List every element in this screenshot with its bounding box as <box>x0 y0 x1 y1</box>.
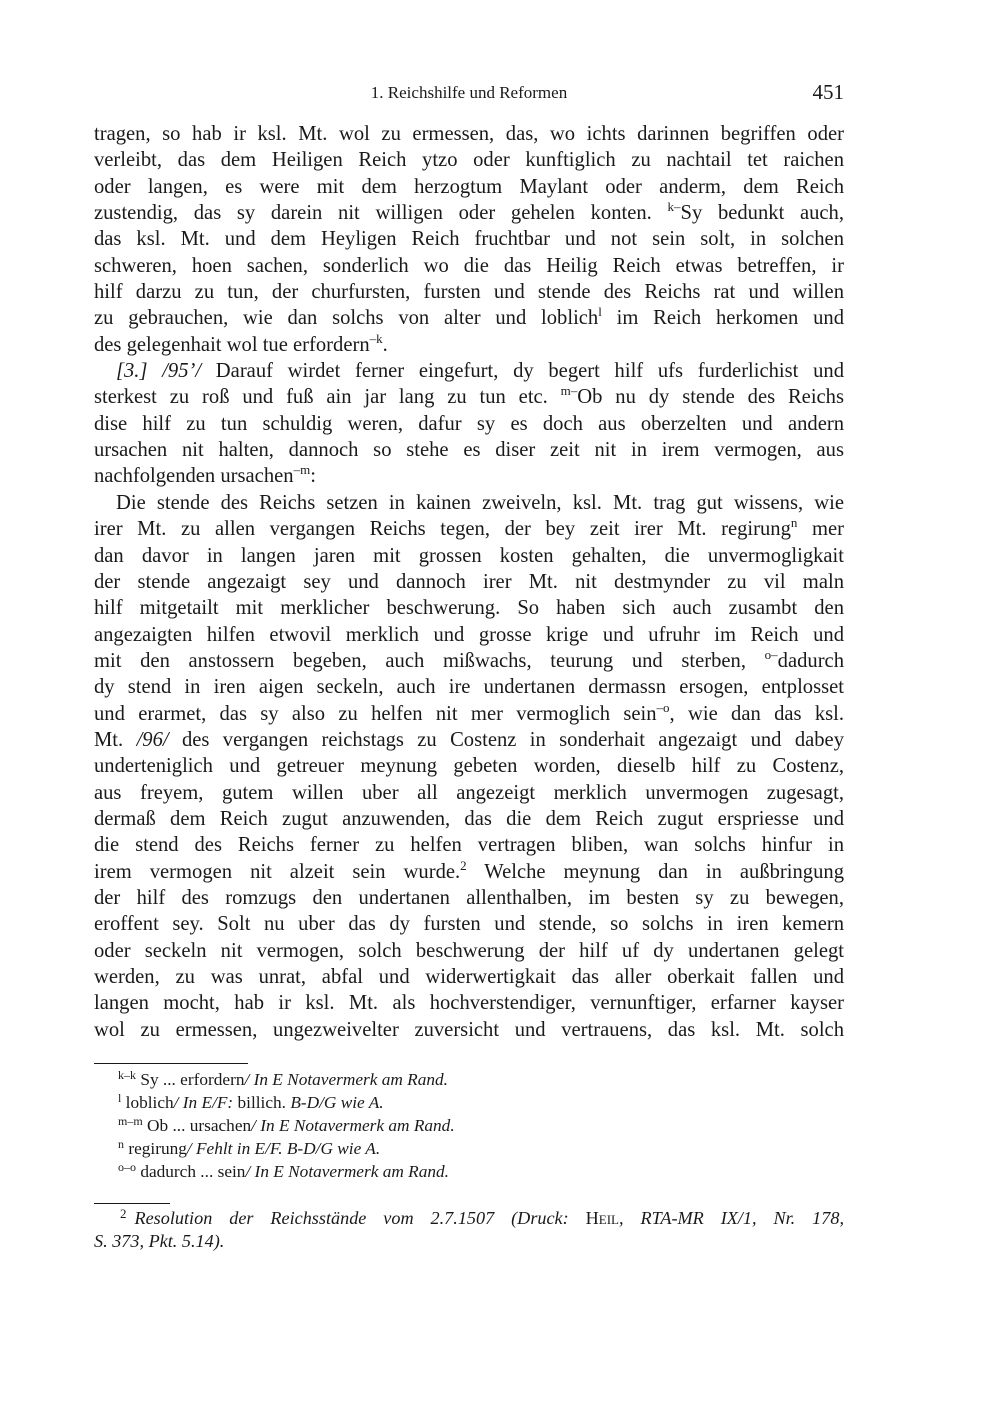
text-line: werden, zu was unrat, abfal und widerwer… <box>94 964 844 990</box>
text-run: Mt. <box>94 729 137 751</box>
note-reading: billich. <box>233 1093 290 1112</box>
note-comment: / In E Notavermerk am Rand. <box>245 1162 449 1181</box>
note-marker: k– <box>668 199 681 214</box>
running-title: 1. Reichshilfe und Reformen <box>94 83 844 103</box>
note-marker: n <box>791 515 798 530</box>
text-run: sterkest zu roß und fuß ain jar lang zu … <box>94 386 561 408</box>
note-comment: / In E Notavermerk am Rand. <box>244 1070 448 1089</box>
text-run: zustendig, das sy darein nit willigen od… <box>94 202 668 224</box>
folio-marker: /96/ <box>137 729 169 751</box>
text-line: oder langen, es were mit dem herzogtum M… <box>94 174 844 200</box>
text-line: nachfolgenden ursachen–m: <box>94 463 844 489</box>
text-run: nachfolgenden ursachen <box>94 465 294 487</box>
text-run: irem vermogen nit alzeit sein wurde. <box>94 861 460 883</box>
text-line: verleibt, das dem Heiligen Reich ytzo od… <box>94 147 844 173</box>
note-marker: m– <box>561 383 578 398</box>
text-run: mer <box>797 518 844 540</box>
text-line: tragen, so hab ir ksl. Mt. wol zu ermess… <box>94 121 844 147</box>
note-comment: / In E Notavermerk am Rand. <box>251 1116 455 1135</box>
text-run: dadurch <box>778 650 844 672</box>
variant-apparatus: k–k Sy ... erfordern/ In E Notavermerk a… <box>118 1068 455 1183</box>
text-line: zu gebrauchen, wie dan solchs von alter … <box>94 305 844 331</box>
text-line: underteniglich und getreuer meynung gebe… <box>94 753 844 779</box>
note-mark: n <box>118 1137 124 1151</box>
main-text: tragen, so hab ir ksl. Mt. wol zu ermess… <box>94 121 844 1043</box>
text-line: angezaigten hilfen etwovil merklich und … <box>94 622 844 648</box>
text-run: des gelegenhait wol tue erfordern <box>94 334 370 356</box>
text-line: mit den anstossern begeben, auch mißwach… <box>94 648 844 674</box>
variant-note: n regirung/ Fehlt in E/F. B-D/G wie A. <box>118 1137 455 1160</box>
text-line: Die stende des Reichs setzen in kainen z… <box>94 490 844 516</box>
note-mark: k–k <box>118 1068 136 1082</box>
text-line: dise hilf zu tun schuldig weren, dafur s… <box>94 411 844 437</box>
commentary-footnotes: 2Resolution der Reichsstände vom 2.7.150… <box>94 1207 844 1253</box>
text-line: Mt. /96/ des vergangen reichstags zu Cos… <box>94 727 844 753</box>
footnote-number: 2 <box>120 1206 127 1221</box>
text-run: Ob nu dy stende des Reichs <box>577 386 844 408</box>
text-line: und erarmet, das sy also zu helfen nit m… <box>94 701 844 727</box>
text-run: : <box>310 465 316 487</box>
note-marker: –k <box>370 331 383 346</box>
variant-note: l loblich/ In E/F: billich. B-D/G wie A. <box>118 1091 455 1114</box>
text-line: dermaß dem Reich zugut anzuwenden, das d… <box>94 806 844 832</box>
footnote-text: , RTA-MR IX/1, Nr. 178, <box>619 1208 844 1228</box>
note-lemma: Ob ... ursachen <box>147 1116 251 1135</box>
text-line: [3.] /95’/ Darauf wirdet ferner eingefur… <box>94 358 844 384</box>
text-line: schweren, hoen sachen, sonderlich wo die… <box>94 253 844 279</box>
text-run: Welche meynung dan in außbringung <box>467 861 844 883</box>
note-marker: –m <box>294 462 311 477</box>
text-line: langen mocht, hab ir ksl. Mt. als hochve… <box>94 990 844 1016</box>
text-line: zustendig, das sy darein nit willigen od… <box>94 200 844 226</box>
note-comment: / Fehlt in E/F. B-D/G wie A. <box>187 1139 380 1158</box>
note-lemma: regirung <box>128 1139 187 1158</box>
note-lemma: dadurch ... sein <box>140 1162 245 1181</box>
text-line: aus freyem, gutem willen uber all angeze… <box>94 780 844 806</box>
footnote-author: Heil <box>586 1208 619 1228</box>
note-mark: m–m <box>118 1114 143 1128</box>
note-mark: o–o <box>118 1160 136 1174</box>
note-comment: B-D/G wie A. <box>290 1093 383 1112</box>
text-run: . <box>383 334 388 356</box>
note-mark: l <box>118 1091 121 1105</box>
text-line: irem vermogen nit alzeit sein wurde.2 We… <box>94 859 844 885</box>
text-run: zu gebrauchen, wie dan solchs von alter … <box>94 307 598 329</box>
note-comment: / In E/F: <box>174 1093 234 1112</box>
text-line: irer Mt. zu allen vergangen Reichs tegen… <box>94 516 844 542</box>
page-header: 1. Reichshilfe und Reformen 451 <box>94 80 844 108</box>
note-marker: o– <box>765 647 778 662</box>
text-line: des gelegenhait wol tue erfordern–k. <box>94 332 844 358</box>
text-line: die stend des Reichs ferner zu helfen ve… <box>94 832 844 858</box>
footnote-text: Resolution der Reichsstände vom 2.7.1507… <box>135 1208 569 1228</box>
note-lemma: loblich <box>126 1093 174 1112</box>
note-marker: 2 <box>460 858 467 873</box>
note-marker: –o <box>657 700 670 715</box>
footnote-line: 2Resolution der Reichsstände vom 2.7.150… <box>94 1207 844 1230</box>
text-run: im Reich herkomen und <box>602 307 844 329</box>
text-line: oder seckeln nit vermogen, solch beschwe… <box>94 938 844 964</box>
text-line: eroffent sey. Solt nu uber das dy furste… <box>94 911 844 937</box>
text-run: und erarmet, das sy also zu helfen nit m… <box>94 703 657 725</box>
text-line: der hilf des romzugs den undertanen alle… <box>94 885 844 911</box>
note-lemma: Sy ... erfordern <box>140 1070 244 1089</box>
text-line: das ksl. Mt. und dem Heyligen Reich fruc… <box>94 226 844 252</box>
text-run: Sy bedunkt auch, <box>681 202 845 224</box>
footnote-line: S. 373, Pkt. 5.14). <box>94 1230 844 1253</box>
text-line: dan davor in langen jaren mit grossen ko… <box>94 543 844 569</box>
text-run: , wie dan das ksl. <box>670 703 844 725</box>
text-line: hilf mitgetailt mit merklicher beschweru… <box>94 595 844 621</box>
text-line: der stende angezaigt sey und dannoch ire… <box>94 569 844 595</box>
text-line: hilf darzu zu tun, der churfursten, furs… <box>94 279 844 305</box>
text-run: irer Mt. zu allen vergangen Reichs tegen… <box>94 518 791 540</box>
text-line: ursachen nit halten, dannoch so stehe es… <box>94 437 844 463</box>
text-line: sterkest zu roß und fuß ain jar lang zu … <box>94 384 844 410</box>
text-line: wol zu ermessen, ungezweivelter zuversic… <box>94 1017 844 1043</box>
text-run: Darauf wirdet ferner eingefurt, dy beger… <box>201 360 844 382</box>
footnote-separator-variants <box>94 1063 248 1064</box>
page-number: 451 <box>813 80 845 105</box>
text-line: dy stend in iren aigen seckeln, auch ire… <box>94 674 844 700</box>
text-run: mit den anstossern begeben, auch mißwach… <box>94 650 765 672</box>
variant-note: o–o dadurch ... sein/ In E Notavermerk a… <box>118 1160 455 1183</box>
footnote-separator-commentary <box>94 1203 170 1204</box>
variant-note: k–k Sy ... erfordern/ In E Notavermerk a… <box>118 1068 455 1091</box>
note-marker: l <box>598 304 602 319</box>
text-run: des vergangen reichstags zu Costenz in s… <box>169 729 844 751</box>
variant-note: m–m Ob ... ursachen/ In E Notavermerk am… <box>118 1114 455 1137</box>
folio-marker: [3.] /95’/ <box>116 360 201 382</box>
